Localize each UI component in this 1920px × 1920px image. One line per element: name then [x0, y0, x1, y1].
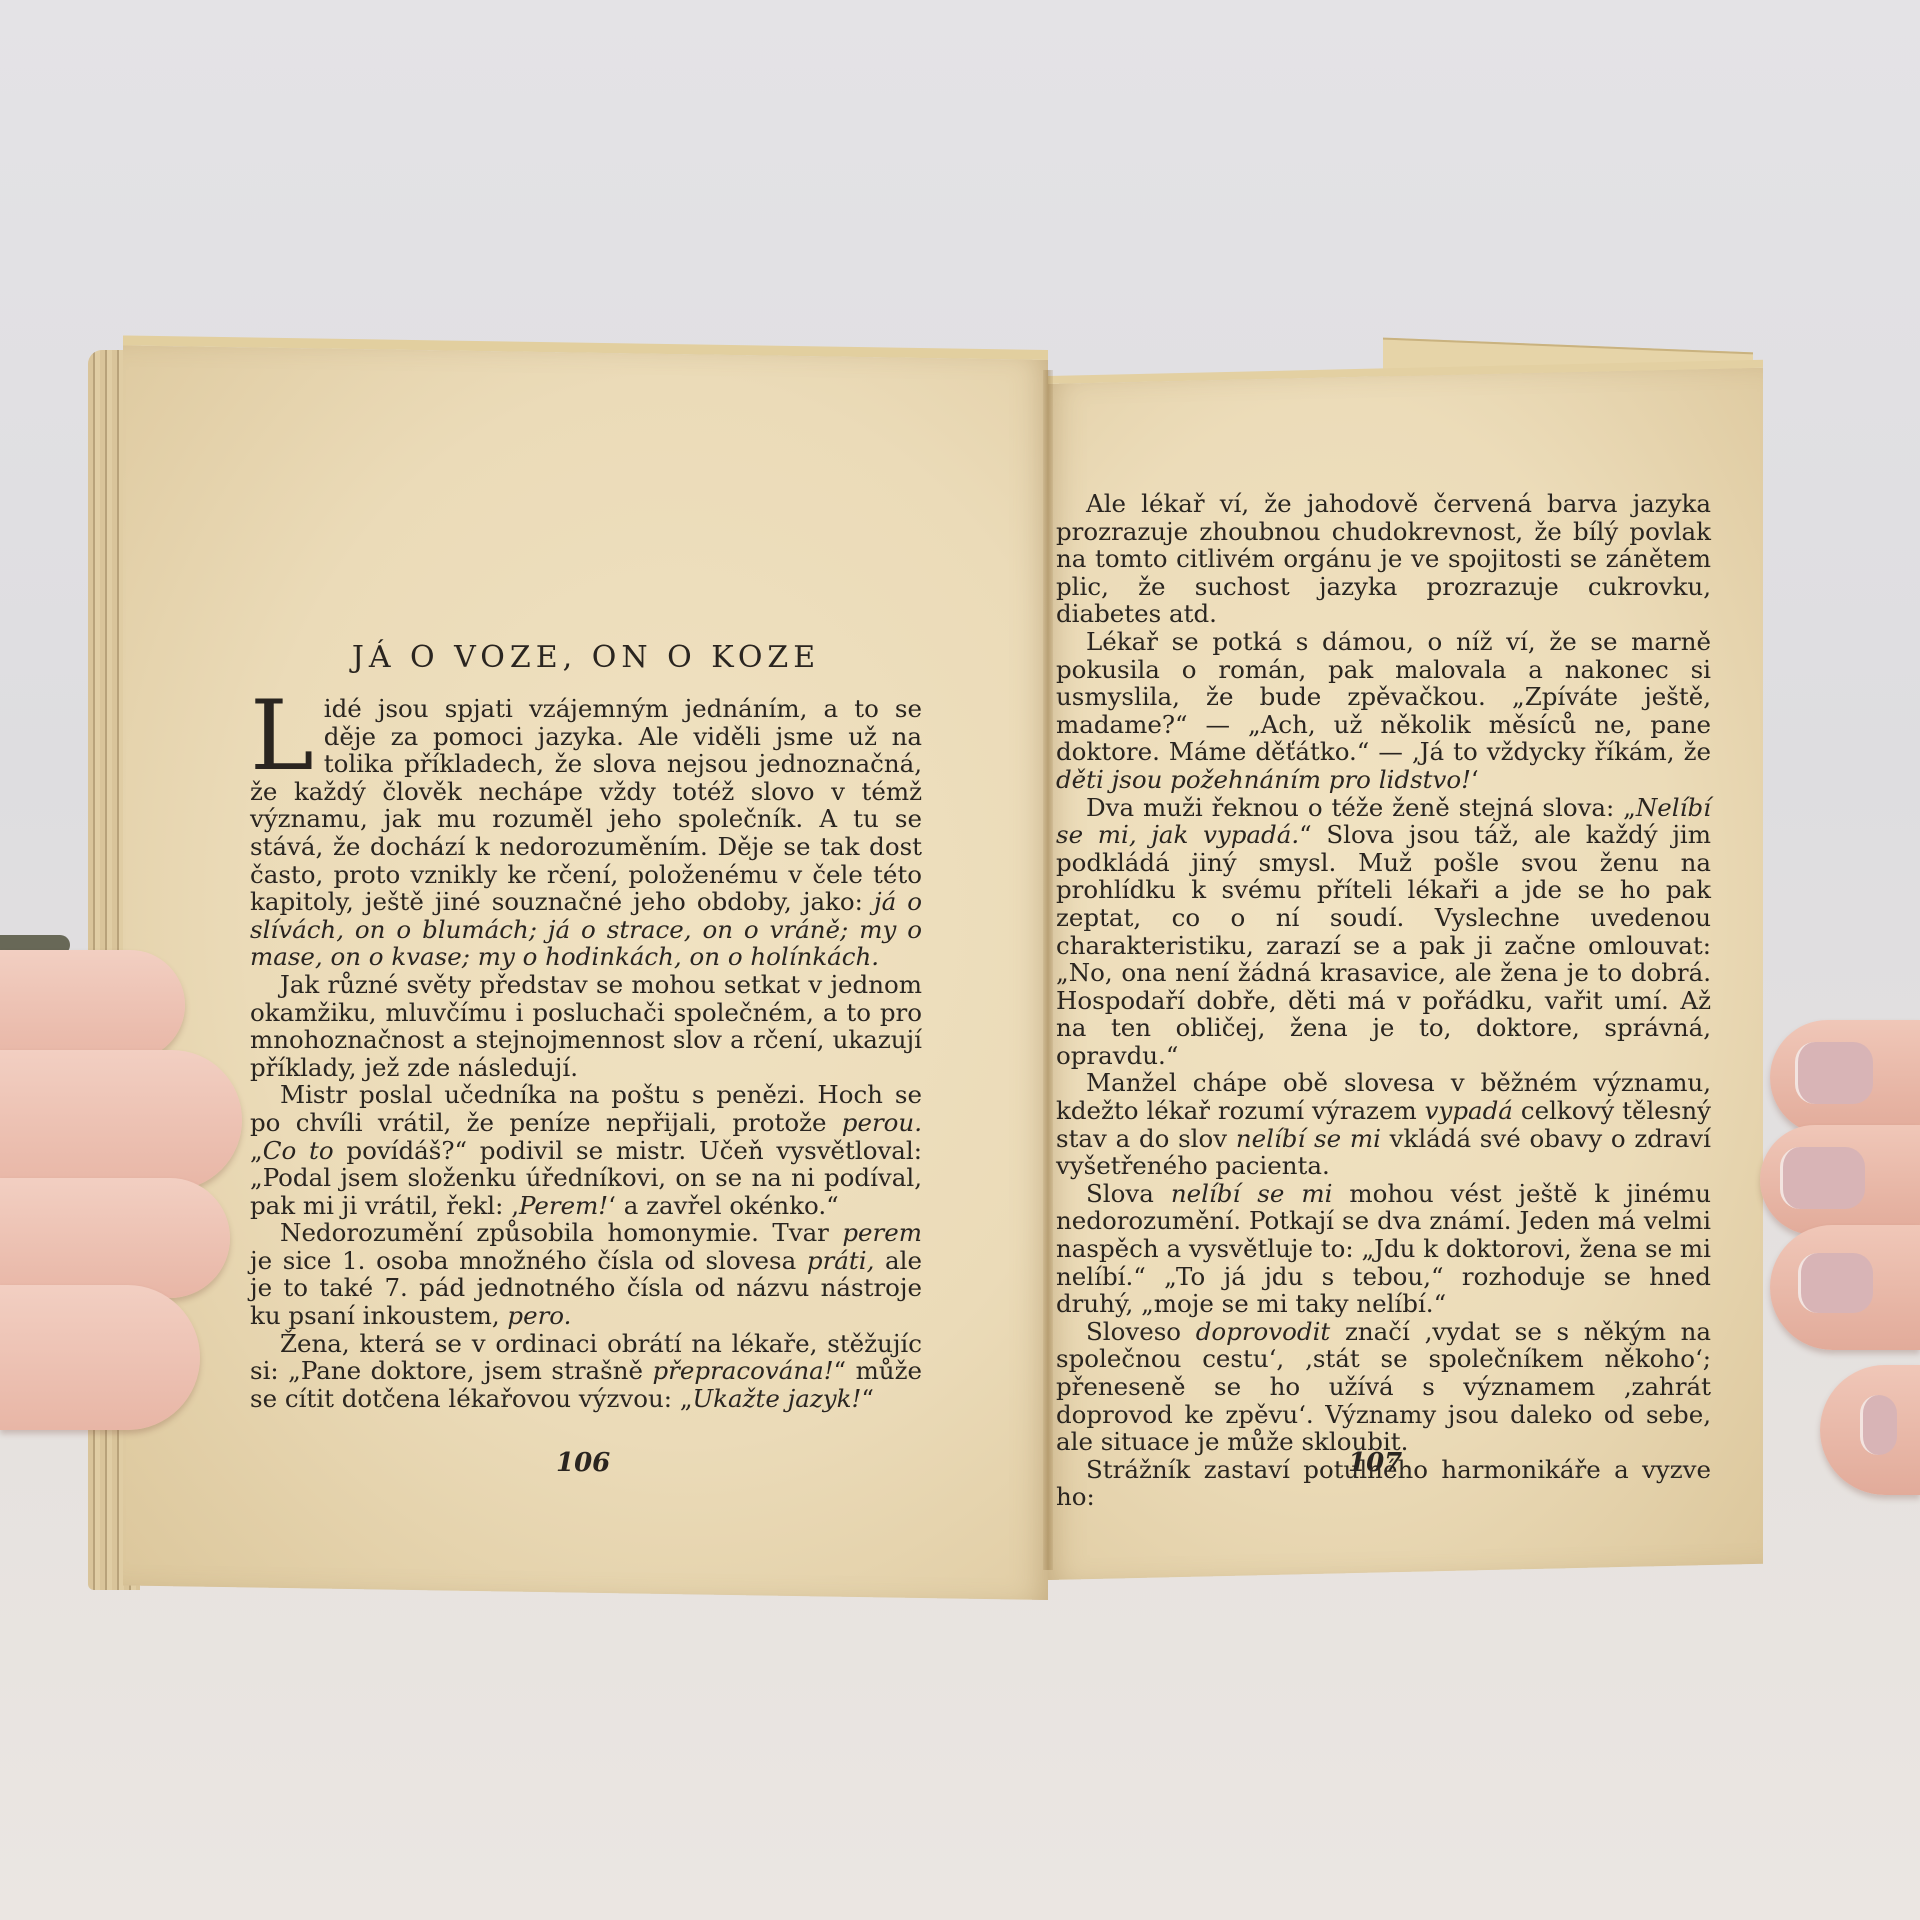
- italic-text: Ukažte jazyk!: [693, 1384, 862, 1413]
- fingernail: [1780, 1147, 1865, 1209]
- italic-text: Perem!: [519, 1191, 608, 1220]
- paragraph: Sloveso doprovodit značí ‚vydat se s něk…: [1056, 1318, 1711, 1456]
- fingernail: [1860, 1395, 1897, 1455]
- paragraph: Lidé jsou spjati vzájemným jednáním, a t…: [250, 695, 922, 971]
- paragraph: Jak různé světy představ se mohou setkat…: [250, 971, 922, 1081]
- text: Sloveso: [1086, 1317, 1196, 1346]
- left-hand: [0, 950, 240, 1530]
- paragraph: Dva muži řeknou o téže ženě stejná slova…: [1056, 794, 1711, 1070]
- italic-text: práti,: [807, 1246, 874, 1275]
- paragraph: Ale lékař ví, že jahodově červená barva …: [1056, 490, 1711, 628]
- right-middle-finger: [1760, 1125, 1920, 1235]
- italic-text: perem: [842, 1218, 922, 1247]
- italic-text: Co to: [263, 1136, 334, 1165]
- right-page-text: Ale lékař ví, že jahodově červená barva …: [1056, 490, 1711, 1511]
- left-page-text: Lidé jsou spjati vzájemným jednáním, a t…: [250, 695, 922, 1412]
- drop-cap: L: [250, 697, 314, 775]
- text: je sice 1. osoba množného čísla od slove…: [250, 1246, 807, 1275]
- fingernail: [1795, 1042, 1873, 1104]
- text: idé jsou spjati vzájemným jednáním, a to…: [250, 694, 922, 916]
- text: Ale lékař ví, že jahodově červená barva …: [1056, 489, 1711, 628]
- text: Nedorozumění způsobila homonymie. Tvar: [280, 1218, 842, 1247]
- left-ring-finger: [0, 1178, 230, 1298]
- paragraph: Manžel chápe obě slovesa v běžném význam…: [1056, 1069, 1711, 1179]
- paragraph: Žena, která se v ordinaci obrátí na léka…: [250, 1330, 922, 1413]
- left-index-finger: [0, 950, 185, 1060]
- text: Mistr poslal učedníka na poštu s penězi.…: [250, 1080, 922, 1137]
- italic-text: perou.: [842, 1108, 922, 1137]
- fingernail: [1798, 1253, 1873, 1313]
- page-number-right: 107: [1348, 1448, 1402, 1478]
- chapter-title: JÁ O VOZE, ON O KOZE: [250, 640, 922, 675]
- right-index-finger: [1770, 1020, 1920, 1135]
- text: “: [861, 1384, 874, 1413]
- text: Lékař se potká s dámou, o níž ví, že se …: [1056, 627, 1711, 766]
- text: „: [250, 1136, 263, 1165]
- italic-text: děti jsou požehnáním pro lidstvo!: [1056, 765, 1471, 794]
- text: Dva muži řeknou o téže ženě stejná slova…: [1086, 793, 1636, 822]
- italic-text: nelíbí se mi: [1236, 1124, 1381, 1153]
- text: Slova: [1086, 1179, 1171, 1208]
- paragraph: Lékař se potká s dámou, o níž ví, že se …: [1056, 628, 1711, 794]
- italic-text: doprovodit: [1196, 1317, 1331, 1346]
- italic-text: přepracována!: [653, 1356, 834, 1385]
- text: ‘ a zavřel okénko.“: [608, 1191, 839, 1220]
- paragraph: Nedorozumění způsobila homonymie. Tvar p…: [250, 1219, 922, 1329]
- right-ring-finger: [1770, 1225, 1920, 1350]
- left-little-finger: [0, 1285, 200, 1430]
- text: Jak různé světy představ se mohou setkat…: [250, 970, 922, 1082]
- left-middle-finger: [0, 1050, 242, 1190]
- right-hand: [1740, 1020, 1920, 1540]
- paragraph: Mistr poslal učedníka na poštu s penězi.…: [250, 1081, 922, 1219]
- text: ‘: [1471, 765, 1479, 794]
- italic-text: pero.: [507, 1301, 571, 1330]
- page-number-left: 106: [556, 1448, 610, 1478]
- italic-text: vypadá: [1425, 1096, 1513, 1125]
- paragraph: Slova nelíbí se mi mohou vést ještě k ji…: [1056, 1180, 1711, 1318]
- text: “ Slova jsou táž, ale každý jim podkládá…: [1056, 820, 1711, 1070]
- right-thumb: [1820, 1365, 1920, 1495]
- italic-text: nelíbí se mi: [1171, 1179, 1333, 1208]
- book-gutter: [1043, 370, 1053, 1570]
